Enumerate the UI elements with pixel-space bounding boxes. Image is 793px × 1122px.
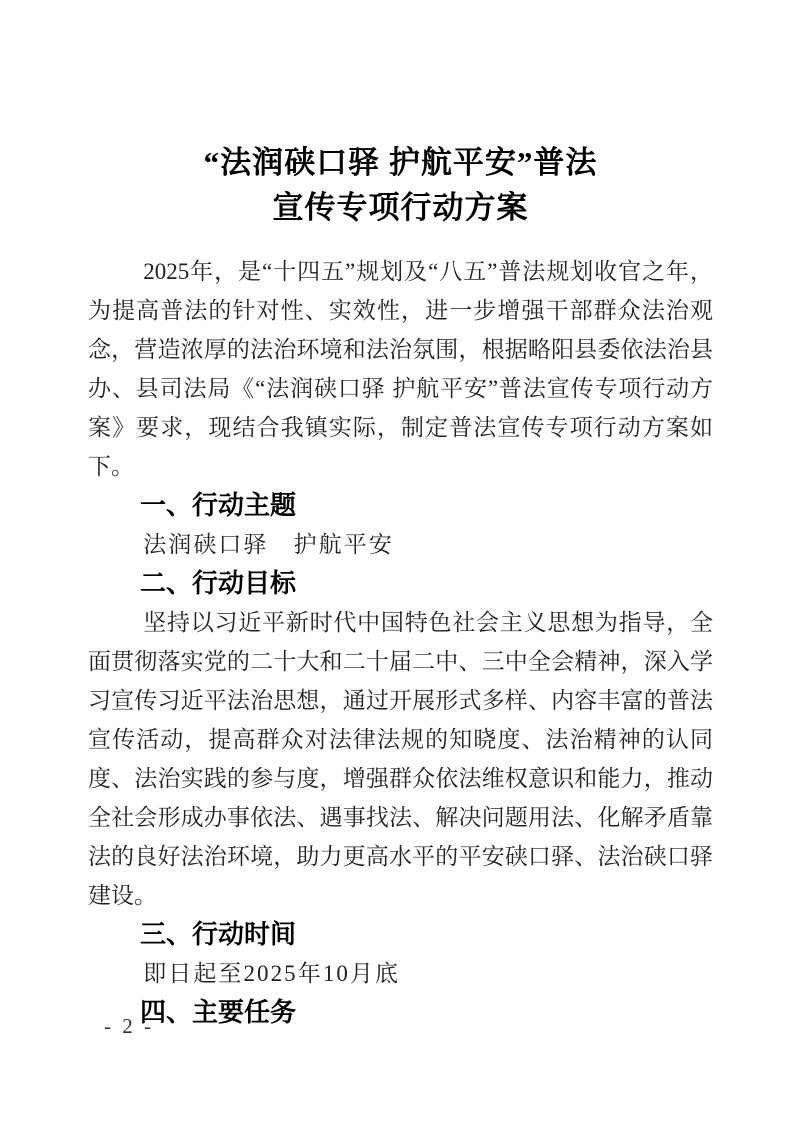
section-heading-action-goal: 二、行动目标 [88,564,713,603]
intro-paragraph: 2025年，是“十四五”规划及“八五”普法规划收官之年，为提高普法的针对性、实效… [88,252,713,486]
goal-paragraph: 坚持以习近平新时代中国特色社会主义思想为指导，全面贯彻落实党的二十大和二十届二中… [88,603,713,915]
section-heading-main-tasks: 四、主要任务 [88,993,713,1032]
document-title-line2: 宣传专项行动方案 [273,190,529,225]
document-content: “法润硖口驿 护航平安”普法 宣传专项行动方案 2025年，是“十四五”规划及“… [88,140,713,1032]
action-theme-text: 法润硖口驿 护航平安 [88,525,713,564]
document-title-line1: “法润硖口驿 护航平安”普法 [204,145,598,180]
section-heading-action-time: 三、行动时间 [88,915,713,954]
section-heading-action-theme: 一、行动主题 [88,486,713,525]
action-time-text: 即日起至2025年10月底 [88,954,713,993]
document-title: “法润硖口驿 护航平安”普法 宣传专项行动方案 [88,140,713,230]
document-page: “法润硖口驿 护航平安”普法 宣传专项行动方案 2025年，是“十四五”规划及“… [0,0,793,1122]
page-number: - 2 - [104,1012,154,1040]
